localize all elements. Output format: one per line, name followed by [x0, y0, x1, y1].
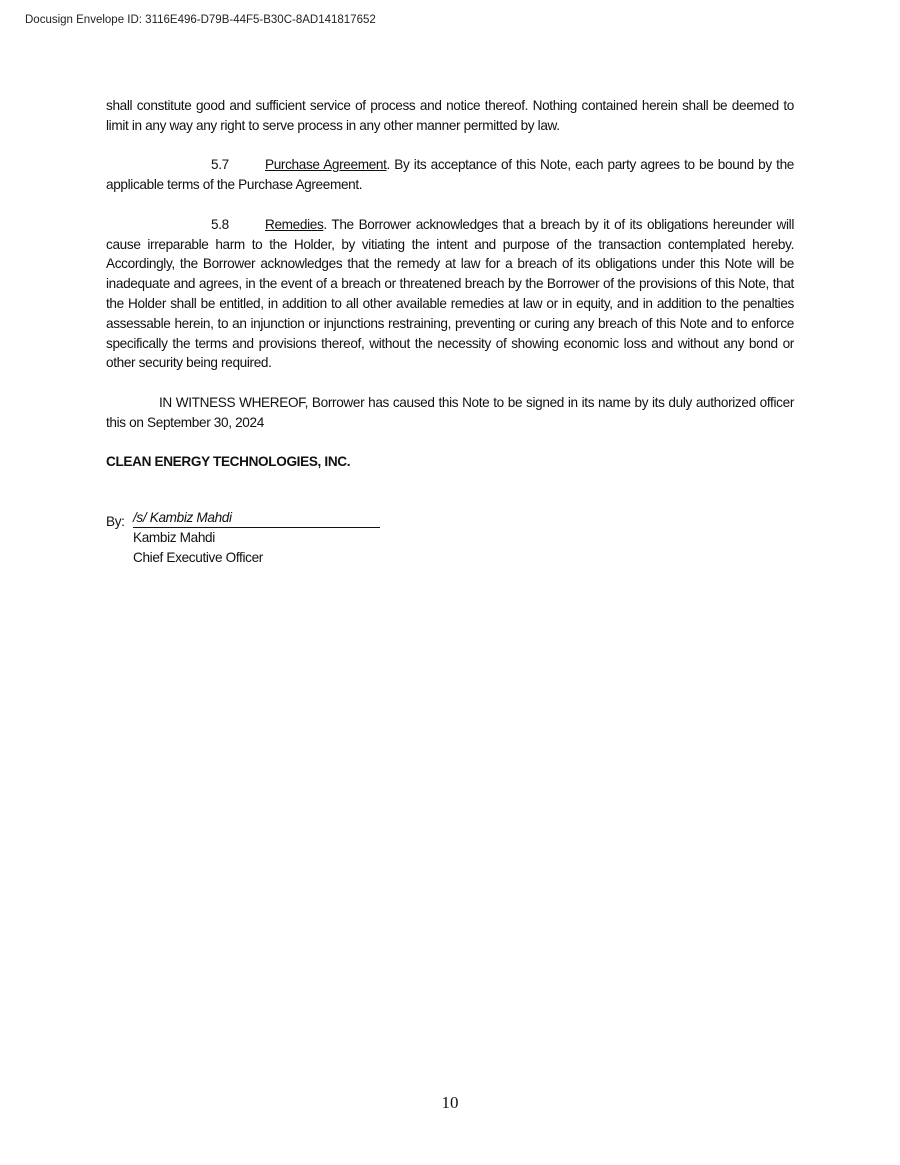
signer-name: Kambiz Mahdi — [106, 528, 794, 548]
section-heading: Purchase Agreement — [265, 157, 387, 172]
document-body: shall constitute good and sufficient ser… — [106, 96, 794, 568]
section-5-8: 5.8Remedies. The Borrower acknowledges t… — [106, 215, 794, 373]
signature-line: /s/ Kambiz Mahdi — [133, 508, 380, 528]
section-heading: Remedies — [265, 217, 323, 232]
section-number: 5.7 — [211, 155, 265, 175]
signature-block: By: /s/ Kambiz Mahdi Kambiz Mahdi Chief … — [106, 508, 794, 568]
company-name: CLEAN ENERGY TECHNOLOGIES, INC. — [106, 452, 794, 472]
page-number: 10 — [0, 1093, 900, 1113]
witness-paragraph: IN WITNESS WHEREOF, Borrower has caused … — [106, 393, 794, 433]
signer-title: Chief Executive Officer — [106, 548, 794, 568]
service-of-process-paragraph: shall constitute good and sufficient ser… — [106, 96, 794, 136]
section-body: . The Borrower acknowledges that a breac… — [106, 217, 794, 371]
signature-text: /s/ Kambiz Mahdi — [133, 508, 232, 528]
docusign-envelope-id: Docusign Envelope ID: 3116E496-D79B-44F5… — [25, 14, 376, 26]
section-body: . By its acceptance of this Note, each p… — [106, 157, 794, 192]
by-label: By: — [106, 512, 125, 532]
section-5-7: 5.7Purchase Agreement. By its acceptance… — [106, 155, 794, 195]
section-number: 5.8 — [211, 215, 265, 235]
